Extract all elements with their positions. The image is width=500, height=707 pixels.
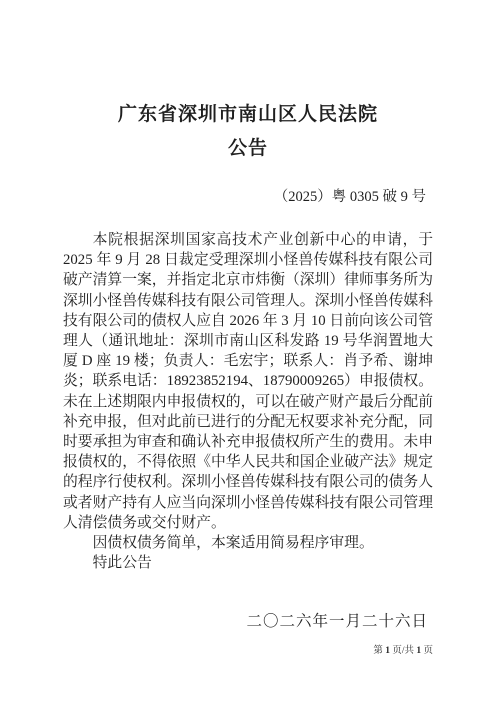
- document-page: 广东省深圳市南山区人民法院 公告 （2025）粤 0305 破 9 号 本院根据…: [0, 0, 500, 707]
- document-body: 本院根据深圳国家高技术产业创新中心的申请，于 2025 年 9 月 28 日裁定…: [63, 230, 433, 573]
- page-indicator-suffix: 页: [423, 646, 433, 656]
- total-page-count: 1: [416, 646, 421, 656]
- case-number: （2025）粤 0305 破 9 号: [63, 188, 433, 207]
- page-indicator-middle: 页/共: [392, 646, 414, 656]
- document-title: 公告: [63, 137, 433, 161]
- court-name: 广东省深圳市南山区人民法院: [63, 103, 433, 127]
- page-indicator: 第 1 页/共 1 页: [373, 645, 433, 657]
- body-paragraph-main: 本院根据深圳国家高技术产业创新中心的申请，于 2025 年 9 月 28 日裁定…: [63, 230, 433, 533]
- issue-date: 二〇二六年一月二十六日: [63, 612, 433, 632]
- page-indicator-prefix: 第: [373, 646, 383, 656]
- current-page-number: 1: [385, 646, 390, 656]
- body-paragraph-procedure: 因债权债务简单，本案适用简易程序审理。: [63, 533, 433, 553]
- body-paragraph-closing: 特此公告: [63, 553, 433, 573]
